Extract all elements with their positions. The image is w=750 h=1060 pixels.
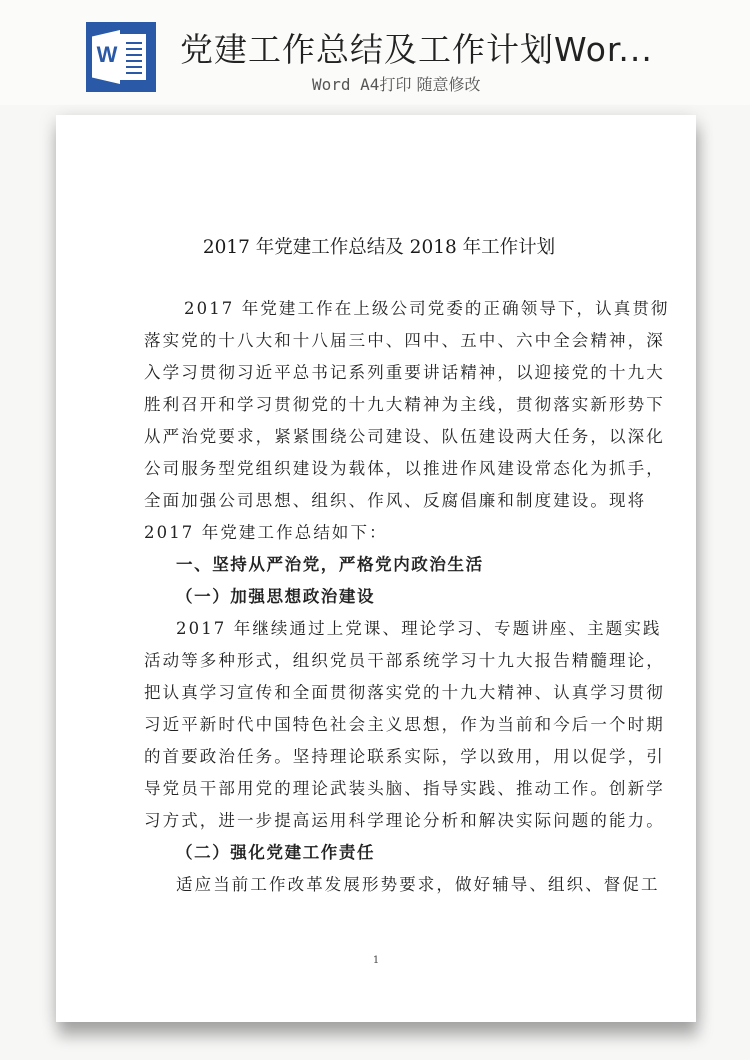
section-heading: （一）加强思想政治建设	[176, 583, 375, 607]
subtitle: Word A4打印 随意修改	[312, 72, 481, 95]
header: W 党建工作总结及工作计划Wor... Word A4打印 随意修改	[0, 0, 750, 105]
paragraph-line: 活动等多种形式，组织党员干部系统学习十九大报告精髓理论，	[144, 647, 665, 671]
paragraph-line: 的首要政治任务。坚持理论联系实际，学以致用，用以促学，引	[144, 743, 665, 767]
paragraph-line: 习方式，进一步提高运用科学理论分析和解决实际问题的能力。	[144, 807, 665, 831]
paragraph-line: 适应当前工作改革发展形势要求，做好辅导、组织、督促工	[176, 871, 660, 895]
paragraph-line: 把认真学习宣传和全面贯彻落实党的十九大精神、认真学习贯彻	[144, 679, 665, 703]
paragraph-line: 全面加强公司思想、组织、作风、反腐倡廉和制度建设。现将	[144, 487, 646, 511]
subtitle-format: Word A4	[312, 75, 379, 94]
document-page: 2017 年党建工作总结及 2018 年工作计划 2017 年党建工作在上级公司…	[56, 115, 696, 1022]
page-title: 2017 年党建工作总结及 2018 年工作计划	[144, 233, 614, 259]
word-document-icon: W	[86, 22, 156, 92]
section-heading: 一、坚持从严治党，严格党内政治生活	[176, 551, 484, 575]
paragraph-line: 落实党的十八大和十八届三中、四中、五中、六中全会精神，深	[144, 327, 665, 351]
paragraph-line: 从严治党要求，紧紧围绕公司建设、队伍建设两大任务，以深化	[144, 423, 665, 447]
paragraph-line: 胜利召开和学习贯彻党的十九大精神为主线，贯彻落实新形势下	[144, 391, 665, 415]
paragraph-line: 入学习贯彻习近平总书记系列重要讲话精神，以迎接党的十九大	[144, 359, 665, 383]
paragraph-line: 导党员干部用党的理论武装头脑、指导实践、推动工作。创新学	[144, 775, 665, 799]
section-heading: （二）强化党建工作责任	[176, 839, 375, 863]
paragraph-line: 习近平新时代中国特色社会主义思想，作为当前和今后一个时期	[144, 711, 665, 735]
paragraph-line: 2017 年党建工作总结如下：	[144, 519, 388, 543]
paragraph-line: 公司服务型党组织建设为载体，以推进作风建设常态化为抓手，	[144, 455, 665, 479]
paragraph-line: 2017 年继续通过上党课、理论学习、专题讲座、主题实践	[176, 615, 662, 639]
paragraph-line: 2017 年党建工作在上级公司党委的正确领导下，认真贯彻	[184, 295, 670, 319]
page-number: 1	[56, 955, 696, 966]
document-title-heading: 党建工作总结及工作计划Wor...	[180, 24, 653, 71]
subtitle-description: 打印 随意修改	[379, 75, 480, 94]
